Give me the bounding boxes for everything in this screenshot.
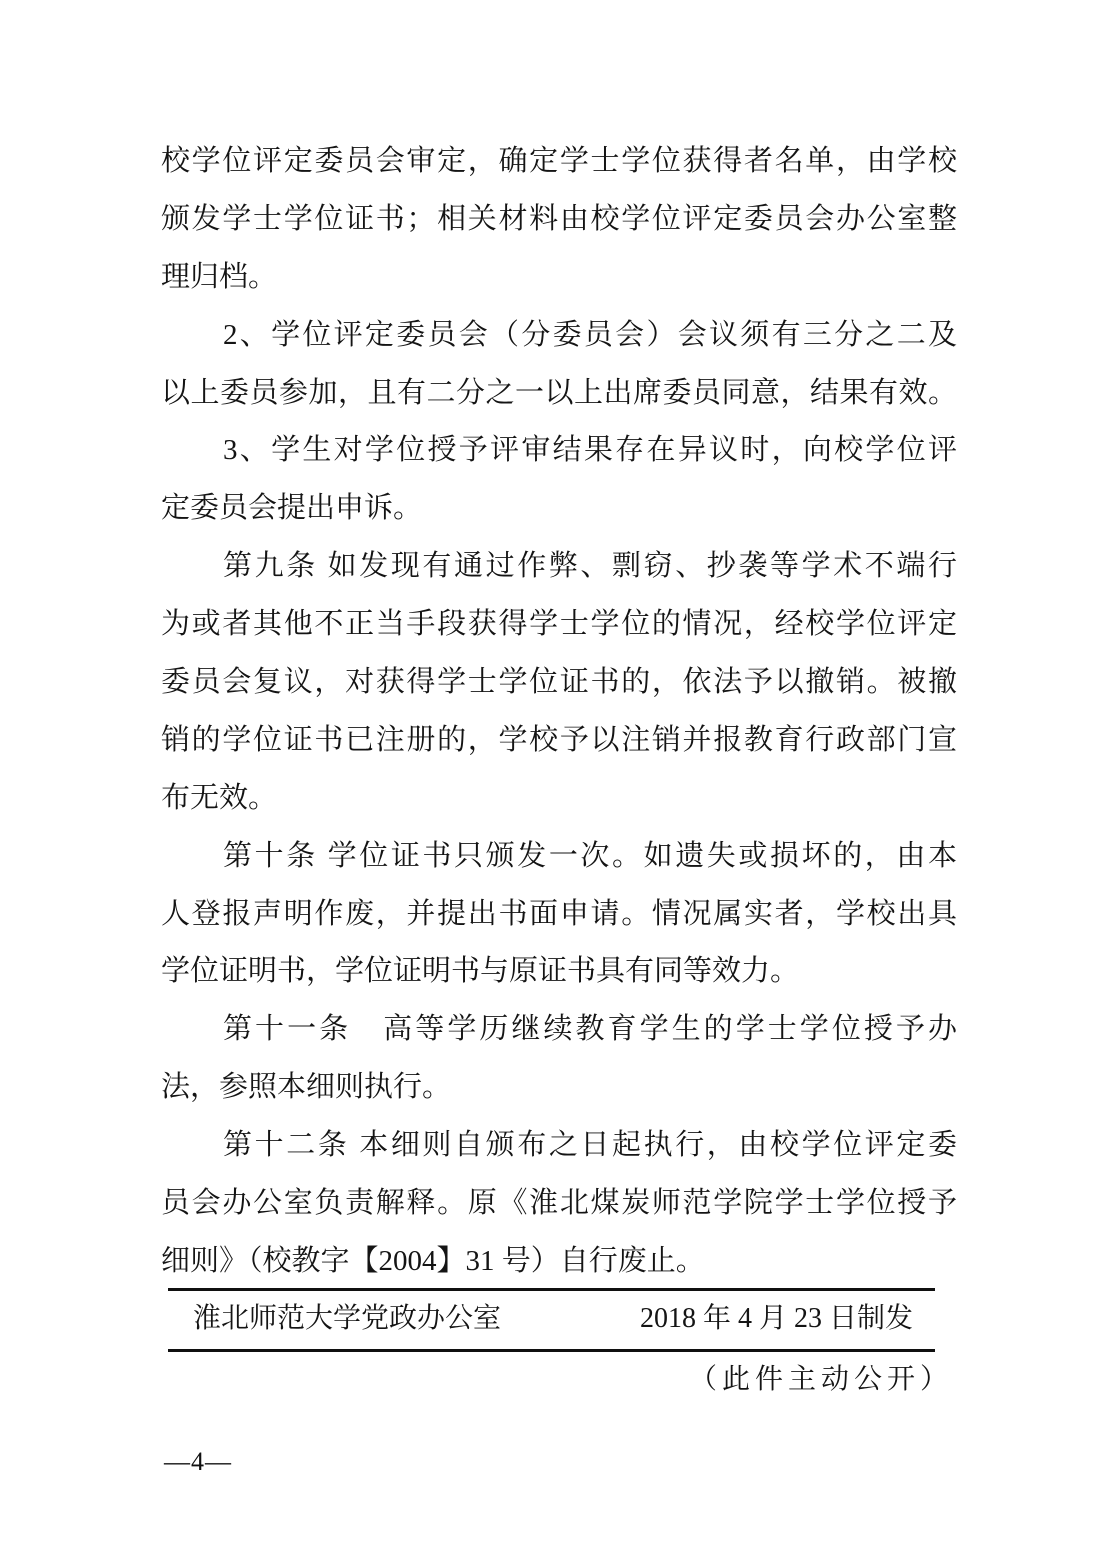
body-line: 人登报声明作废，并提出书面申请。情况属实者，学校出具 — [161, 886, 957, 944]
document-page: 校学位评定委员会审定，确定学士学位获得者名单，由学校颁发学士学位证书；相关材料由… — [0, 0, 1102, 1559]
body-line: 销的学位证书已注册的，学校予以注销并报教育行政部门宣 — [161, 712, 957, 770]
body-line: 细则》（校教字【2004】31 号）自行废止。 — [161, 1233, 957, 1291]
body-line: 布无效。 — [161, 770, 957, 828]
body-line: 为或者其他不正当手段获得学士学位的情况，经校学位评定 — [161, 596, 957, 654]
body-line: 法，参照本细则执行。 — [161, 1059, 957, 1117]
body-line: 2、学位评定委员会（分委员会）会议须有三分之二及 — [161, 307, 957, 365]
issuing-office: 淮北师范大学党政办公室 — [193, 1300, 501, 1338]
body-line: 第十一条 高等学历继续教育学生的学士学位授予办 — [161, 1001, 957, 1059]
body-line: 第十二条 本细则自颁布之日起执行，由校学位评定委 — [161, 1117, 957, 1175]
disclosure-note: （此件主动公开） — [161, 1362, 953, 1398]
footer-divider-top — [168, 1288, 935, 1291]
document-body: 校学位评定委员会审定，确定学士学位获得者名单，由学校颁发学士学位证书；相关材料由… — [161, 133, 957, 1291]
body-line: 第十条 学位证书只颁发一次。如遗失或损坏的，由本 — [161, 828, 957, 886]
body-line: 理归档。 — [161, 249, 957, 307]
body-line: 委员会复议，对获得学士学位证书的，依法予以撤销。被撤 — [161, 654, 957, 712]
page-number: —4— — [164, 1446, 232, 1478]
issue-date: 2018 年 4 月 23 日制发 — [640, 1300, 913, 1338]
body-line: 3、学生对学位授予评审结果存在异议时，向校学位评 — [161, 422, 957, 480]
footer-row: 淮北师范大学党政办公室 2018 年 4 月 23 日制发 — [168, 1300, 935, 1338]
footer-divider-bottom — [168, 1349, 935, 1352]
body-line: 颁发学士学位证书；相关材料由校学位评定委员会办公室整 — [161, 191, 957, 249]
body-line: 学位证明书，学位证明书与原证书具有同等效力。 — [161, 943, 957, 1001]
body-line: 以上委员参加，且有二分之一以上出席委员同意，结果有效。 — [161, 365, 957, 423]
body-line: 第九条 如发现有通过作弊、剽窃、抄袭等学术不端行 — [161, 538, 957, 596]
body-line: 定委员会提出申诉。 — [161, 480, 957, 538]
body-line: 员会办公室负责解释。原《淮北煤炭师范学院学士学位授予 — [161, 1175, 957, 1233]
body-line: 校学位评定委员会审定，确定学士学位获得者名单，由学校 — [161, 133, 957, 191]
